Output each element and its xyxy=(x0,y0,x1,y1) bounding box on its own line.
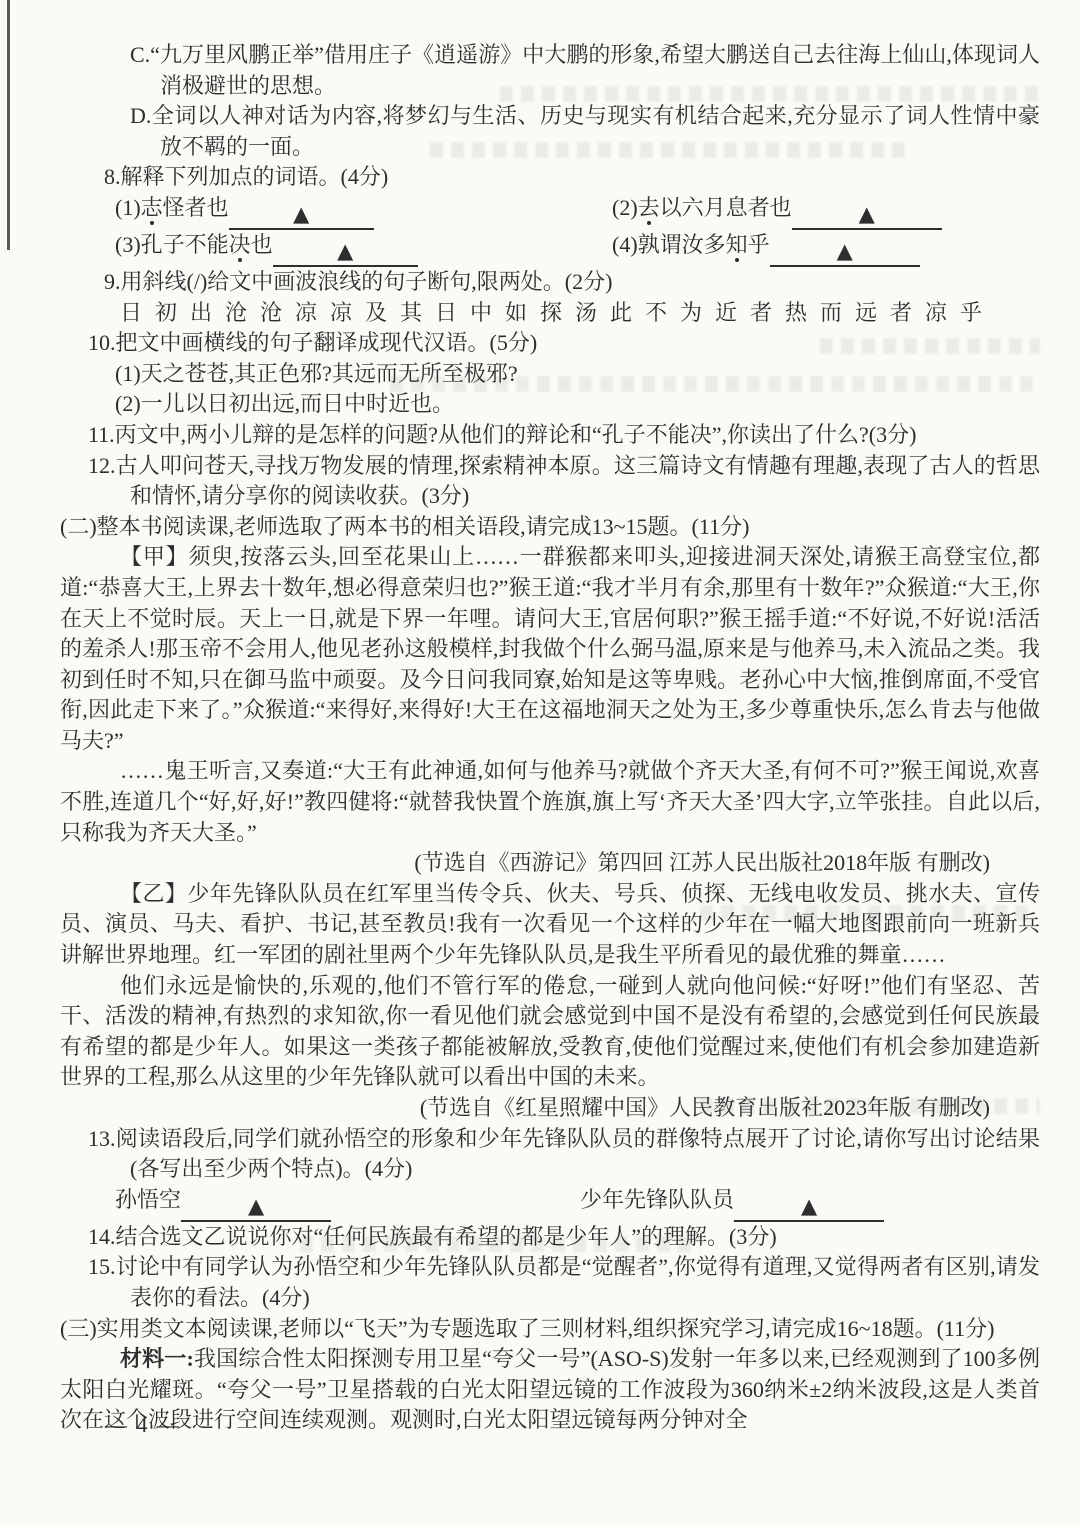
material-1-text: 我国综合性太阳探测专用卫星“夸父一号”(ASO-S)发射一年多以来,已经观测到了… xyxy=(60,1346,1040,1432)
answer-blank[interactable]: ▲ xyxy=(734,1194,884,1222)
page-content: C.“九万里风鹏正举”借用庄子《逍遥游》中大鹏的形象,希望大鹏送自己去往海上仙山… xyxy=(60,40,1040,1436)
passage-yi-source: (节选自《红星照耀中国》人民教育出版社2023年版 有删改) xyxy=(60,1093,1040,1124)
q8-item-3-dotted-char: 决 xyxy=(229,232,251,257)
answer-blank[interactable]: ▲ xyxy=(273,239,418,267)
question-11: 11.丙文中,两小儿辩的是怎样的问题?从他们的辩论和“孔子不能决”,你读出了什么… xyxy=(60,420,1040,451)
section-3-heading: (三)实用类文本阅读课,老师以“飞天”为专题选取了三则材料,组织探究学习,请完成… xyxy=(60,1314,1040,1345)
q8-item-4-text-rest: 乎 xyxy=(748,232,770,257)
choice-option-d: D.全词以人神对话为内容,将梦幻与生活、历史与现实有机结合起来,充分显示了词人性… xyxy=(60,101,1040,162)
q10-sentence-1: (1)天之苍苍,其正色邪?其远而无所至极邪? xyxy=(115,359,1040,390)
triangle-marker: ▲ xyxy=(293,202,309,226)
triangle-marker: ▲ xyxy=(337,239,353,263)
question-8-row-2: (3)孔子不能决也▲ (4)孰谓汝多知乎▲ xyxy=(115,230,1040,267)
passage-yi-paragraph-2: 他们永远是愉快的,乐观的,他们不管行军的倦怠,一碰到人就向他问候:“好呀!”他们… xyxy=(60,971,1040,1093)
section-2-heading: (二)整本书阅读课,老师选取了两本书的相关语段,请完成13~15题。(11分) xyxy=(60,512,1040,543)
passage-jia-source: (节选自《西游记》第四回 江苏人民出版社2018年版 有删改) xyxy=(60,848,1040,879)
q8-item-3: (3)孔子不能决也▲ xyxy=(115,230,612,267)
question-14: 14.结合选文乙说说你对“任何民族最有希望的都是少年人”的理解。(3分) xyxy=(60,1222,1040,1253)
q13-left-label: 孙悟空 xyxy=(115,1187,181,1212)
choice-option-c: C.“九万里风鹏正举”借用庄子《逍遥游》中大鹏的形象,希望大鹏送自己去往海上仙山… xyxy=(60,40,1040,101)
q8-item-2-dotted-char: 去 xyxy=(638,195,660,220)
q13-right-item: 少年先锋队队员▲ xyxy=(580,1185,1040,1222)
q8-item-1: (1)志怪者也▲ xyxy=(115,193,612,230)
q13-left-item: 孙悟空▲ xyxy=(115,1185,580,1222)
triangle-marker: ▲ xyxy=(801,1194,817,1218)
question-9-clause: 日初出沧沧凉凉及其日中如探汤此不为近者热而远者凉乎 xyxy=(120,298,1040,329)
material-1-label: 材料一: xyxy=(120,1346,194,1371)
question-8-heading: 8.解释下列加点的词语。(4分) xyxy=(60,162,1040,193)
question-15: 15.讨论中有同学认为孙悟空和少年先锋队队员都是“觉醒者”,你觉得有道理,又觉得… xyxy=(60,1252,1040,1313)
question-13-blanks-row: 孙悟空▲ 少年先锋队队员▲ xyxy=(115,1185,1040,1222)
triangle-marker: ▲ xyxy=(248,1194,264,1218)
q8-item-1-text-rest: 怪者也 xyxy=(163,195,229,220)
material-1-paragraph: 材料一:我国综合性太阳探测专用卫星“夸父一号”(ASO-S)发射一年多以来,已经… xyxy=(60,1344,1040,1436)
passage-yi-paragraph-1: 【乙】少年先锋队队员在红军里当传令兵、伙夫、号兵、侦探、无线电收发员、挑水夫、宣… xyxy=(60,879,1040,971)
q8-item-4-dotted-char: 知 xyxy=(726,232,748,257)
answer-blank[interactable]: ▲ xyxy=(792,202,942,230)
triangle-marker: ▲ xyxy=(837,239,853,263)
question-8-row-1: (1)志怪者也▲ (2)去以六月息者也▲ xyxy=(115,193,1040,230)
question-9-heading: 9.用斜线(/)给文中画波浪线的句子断句,限两处。(2分) xyxy=(60,267,1040,298)
q13-right-label: 少年先锋队队员 xyxy=(580,1187,734,1212)
q8-item-4-text: (4)孰谓汝多 xyxy=(612,232,726,257)
q8-item-2-text: (2) xyxy=(612,195,638,220)
q10-sentence-2: (2)一儿以日初出远,而日中时近也。 xyxy=(115,389,1040,420)
answer-blank[interactable]: ▲ xyxy=(770,239,920,267)
page-number: — 4 — xyxy=(105,1412,181,1438)
q8-item-2-text-rest: 以六月息者也 xyxy=(660,195,792,220)
exam-paper-page: C.“九万里风鹏正举”借用庄子《逍遥游》中大鹏的形象,希望大鹏送自己去往海上仙山… xyxy=(0,0,1080,1525)
q8-item-4: (4)孰谓汝多知乎▲ xyxy=(612,230,1040,267)
question-12: 12.古人叩问苍天,寻找万物发展的情理,探索精神本原。这三篇诗文有情趣有理趣,表… xyxy=(60,451,1040,512)
triangle-marker: ▲ xyxy=(859,202,875,226)
q8-item-3-text-rest: 也 xyxy=(251,232,273,257)
q8-item-2: (2)去以六月息者也▲ xyxy=(612,193,1040,230)
answer-blank[interactable]: ▲ xyxy=(229,202,374,230)
answer-blank[interactable]: ▲ xyxy=(181,1194,331,1222)
question-13: 13.阅读语段后,同学们就孙悟空的形象和少年先锋队队员的群像特点展开了讨论,请你… xyxy=(60,1124,1040,1185)
question-10-heading: 10.把文中画横线的句子翻译成现代汉语。(5分) xyxy=(60,328,1040,359)
q8-item-1-dotted-char: 志 xyxy=(141,195,163,220)
passage-jia-paragraph-2: ……鬼王听言,又奏道:“大王有此神通,如何与他养马?就做个齐天大圣,有何不可?”… xyxy=(60,756,1040,848)
scan-edge-artifact xyxy=(7,0,10,250)
q8-item-3-text: (3)孔子不能 xyxy=(115,232,229,257)
q8-item-1-text: (1) xyxy=(115,195,141,220)
passage-jia-paragraph-1: 【甲】须臾,按落云头,回至花果山上……一群猴都来叩头,迎接进洞天深处,请猴王高登… xyxy=(60,542,1040,756)
